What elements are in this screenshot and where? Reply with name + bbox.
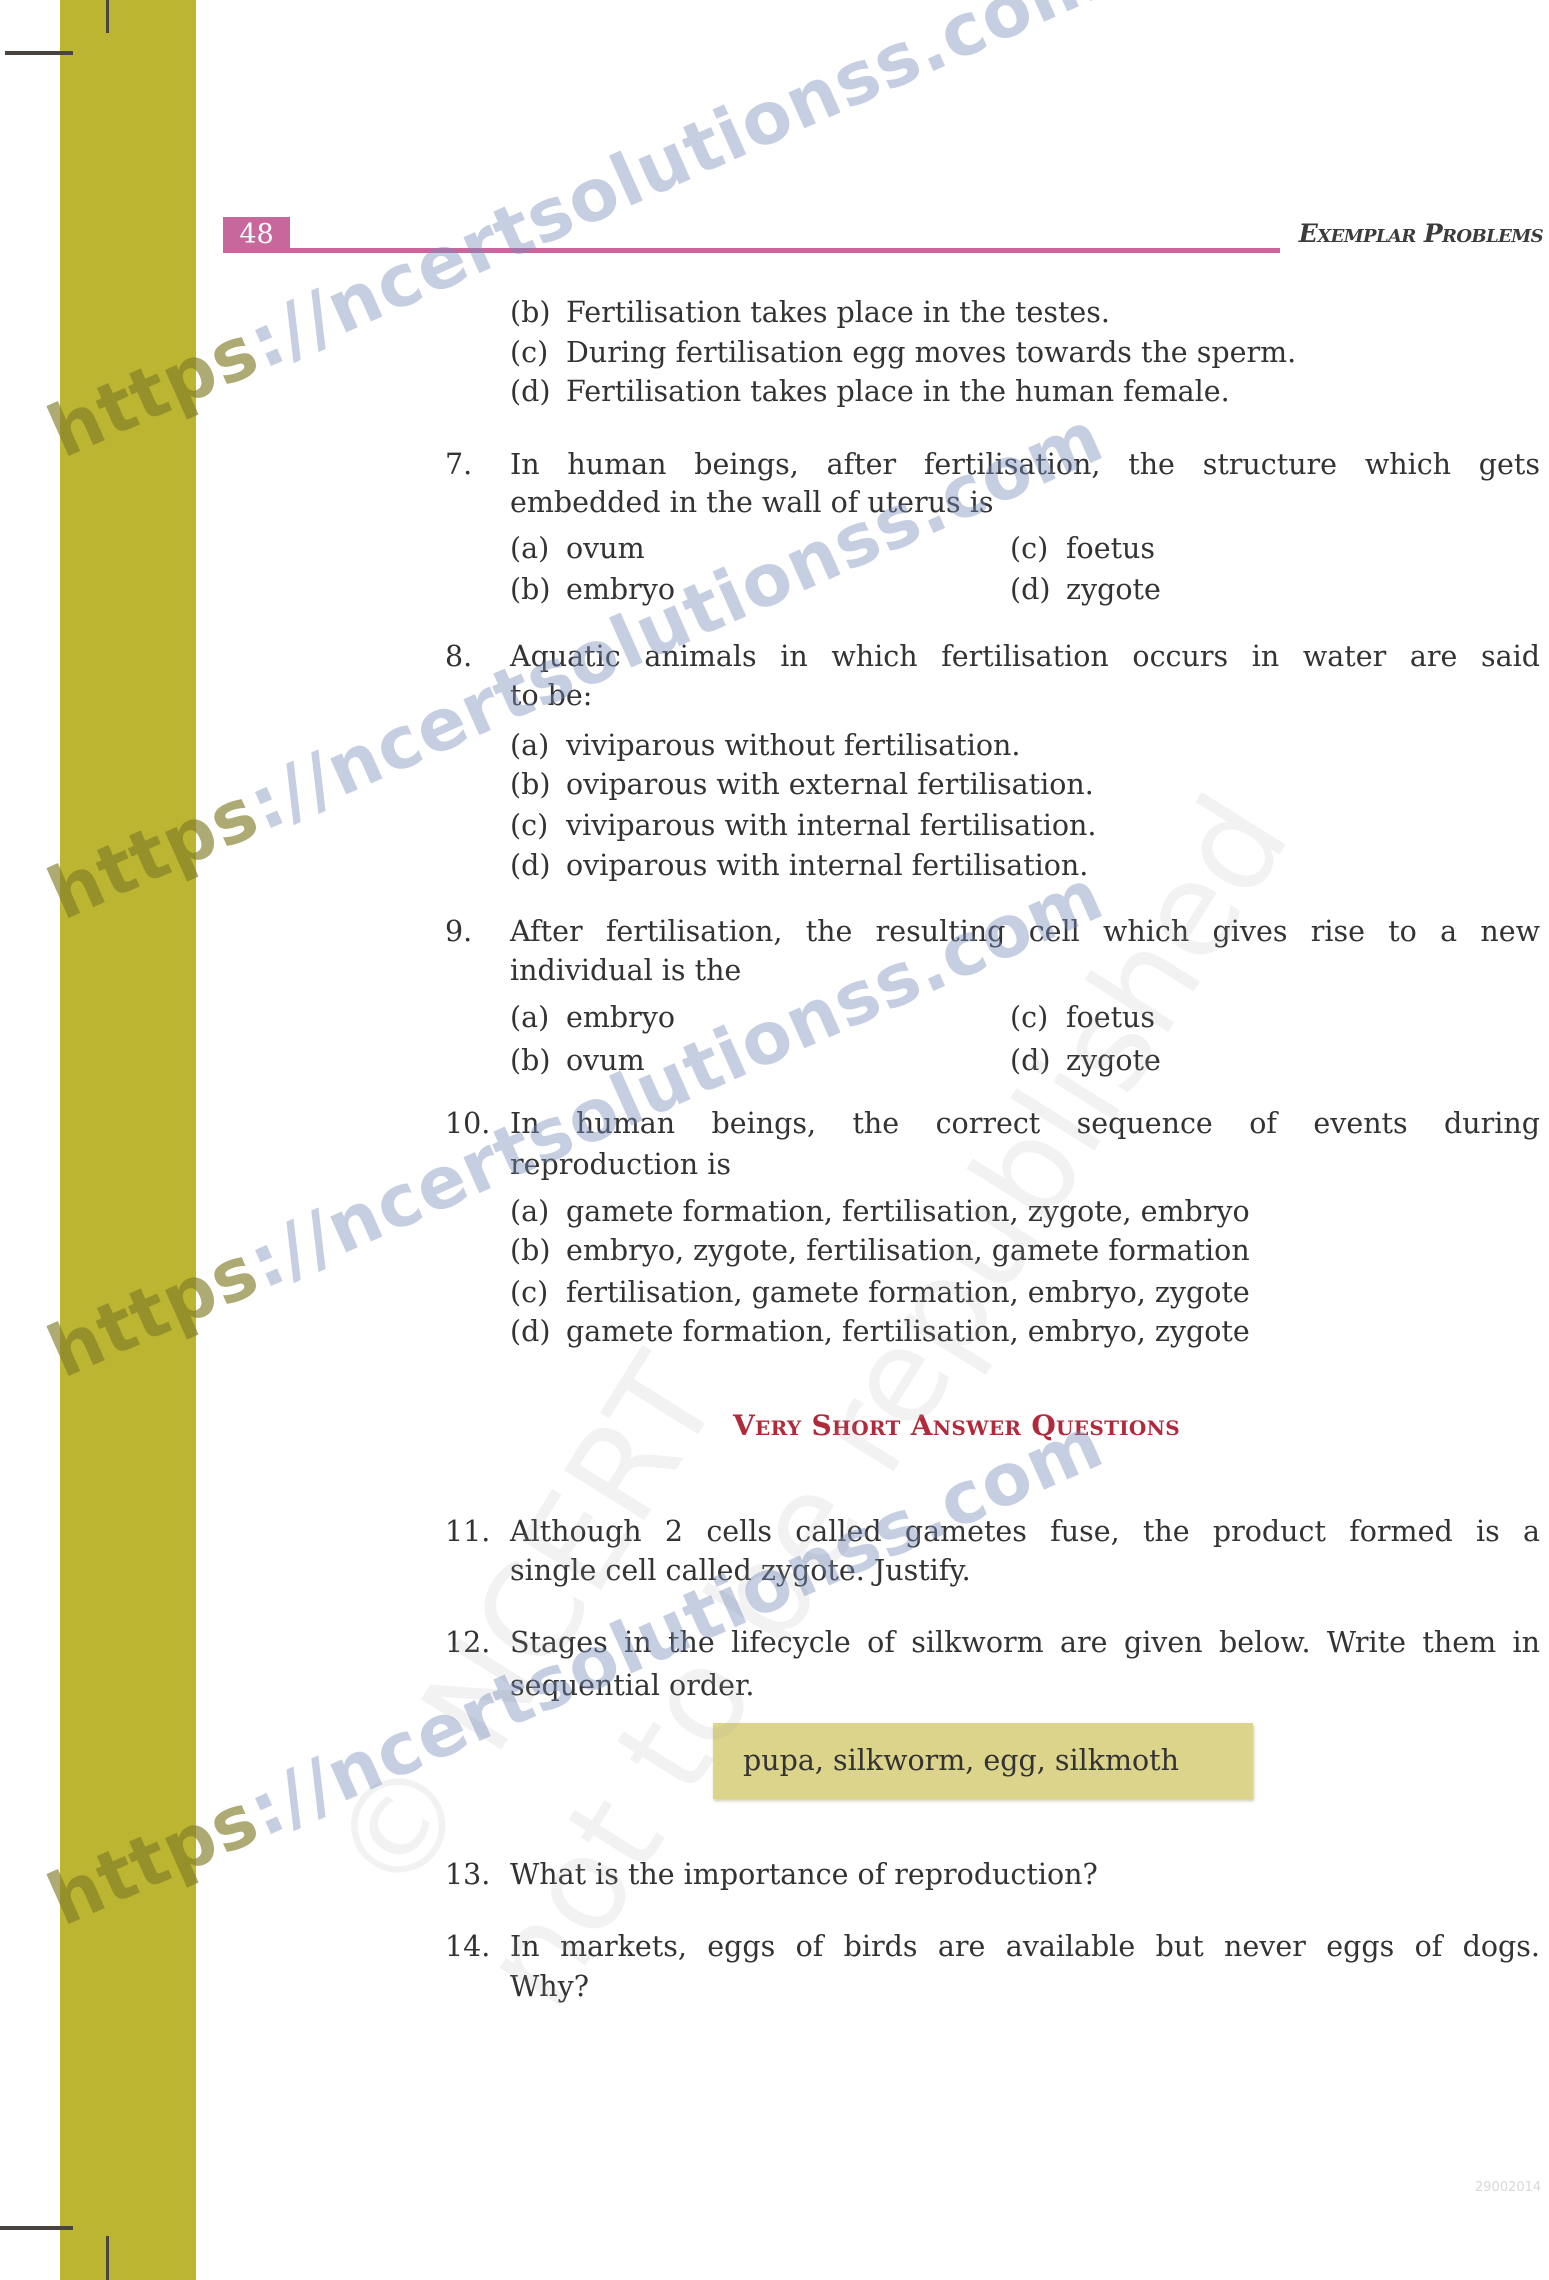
q8-option-b: (b)oviparous with external fertilisation…: [510, 765, 1094, 805]
q12-number: 12.: [445, 1623, 490, 1663]
q10-number: 10.: [445, 1104, 490, 1144]
q9-number: 9.: [445, 912, 472, 952]
q12-text-line1: Stages in the lifecycle of silkworm are …: [510, 1623, 1540, 1663]
q14-number: 14.: [445, 1927, 490, 1967]
q6-option-b: (b)Fertilisation takes place in the test…: [510, 293, 1110, 333]
q10-option-b: (b)embryo, zygote, fertilisation, gamete…: [510, 1231, 1250, 1271]
q8-option-d: (d)oviparous with internal fertilisation…: [510, 846, 1088, 886]
q14-text-line2: Why?: [510, 1967, 589, 2007]
q10-option-a: (a)gamete formation, fertilisation, zygo…: [510, 1192, 1250, 1232]
crop-mark-bottom-horizontal: [0, 2226, 73, 2230]
answer-stages-box: pupa, silkworm, egg, silkmoth: [713, 1723, 1253, 1799]
answer-stages-text: pupa, silkworm, egg, silkmoth: [743, 1741, 1179, 1781]
q9-option-a: (a)embryo: [510, 998, 675, 1038]
footer-print-code: 29002014: [1475, 2180, 1541, 2195]
q13-number: 13.: [445, 1855, 490, 1895]
q6-option-c: (c)During fertilisation egg moves toward…: [510, 333, 1296, 373]
q9-option-b: (b)ovum: [510, 1041, 645, 1081]
q11-number: 11.: [445, 1512, 490, 1552]
crop-mark-top-horizontal: [5, 51, 73, 55]
q7-option-a: (a)ovum: [510, 529, 645, 569]
q8-number: 8.: [445, 637, 472, 677]
q13-text-line1: What is the importance of reproduction?: [510, 1855, 1098, 1895]
crop-mark-top-vertical: [106, 0, 109, 33]
q10-option-c: (c)fertilisation, gamete formation, embr…: [510, 1273, 1250, 1313]
q8-text-line1: Aquatic animals in which fertilisation o…: [510, 637, 1540, 677]
q7-option-d: (d)zygote: [1010, 570, 1161, 610]
q6-option-d: (d)Fertilisation takes place in the huma…: [510, 372, 1230, 412]
q14-text-line1: In markets, eggs of birds are available …: [510, 1927, 1540, 1967]
q9-text-line2: individual is the: [510, 951, 741, 991]
q11-text-line1: Although 2 cells called gametes fuse, th…: [510, 1512, 1540, 1552]
q9-text-line1: After fertilisation, the resulting cell …: [510, 912, 1540, 952]
q7-text-line2: embedded in the wall of uterus is: [510, 483, 993, 523]
q10-text-line1: In human beings, the correct sequence of…: [510, 1104, 1540, 1144]
q7-text-line1: In human beings, after fertilisation, th…: [510, 445, 1540, 485]
q9-option-c: (c)foetus: [1010, 998, 1155, 1038]
q7-number: 7.: [445, 445, 472, 485]
crop-mark-bottom-vertical: [106, 2236, 109, 2280]
section-heading: Very Short Answer Questions: [733, 1409, 1180, 1442]
q7-option-c: (c)foetus: [1010, 529, 1155, 569]
q12-text-line2: sequential order.: [510, 1666, 755, 1706]
q8-text-line2: to be:: [510, 676, 592, 716]
q11-text-line2: single cell called zygote. Justify.: [510, 1551, 971, 1591]
q7-option-b: (b)embryo: [510, 570, 675, 610]
q8-option-c: (c)viviparous with internal fertilisatio…: [510, 806, 1096, 846]
q8-option-a: (a)viviparous without fertilisation.: [510, 726, 1020, 766]
q10-text-line2: reproduction is: [510, 1145, 731, 1185]
side-color-band: [60, 0, 196, 2280]
running-title: Exemplar Problems: [1283, 219, 1543, 248]
header-rule: [223, 248, 1280, 253]
q10-option-d: (d)gamete formation, fertilisation, embr…: [510, 1312, 1250, 1352]
q9-option-d: (d)zygote: [1010, 1041, 1161, 1081]
